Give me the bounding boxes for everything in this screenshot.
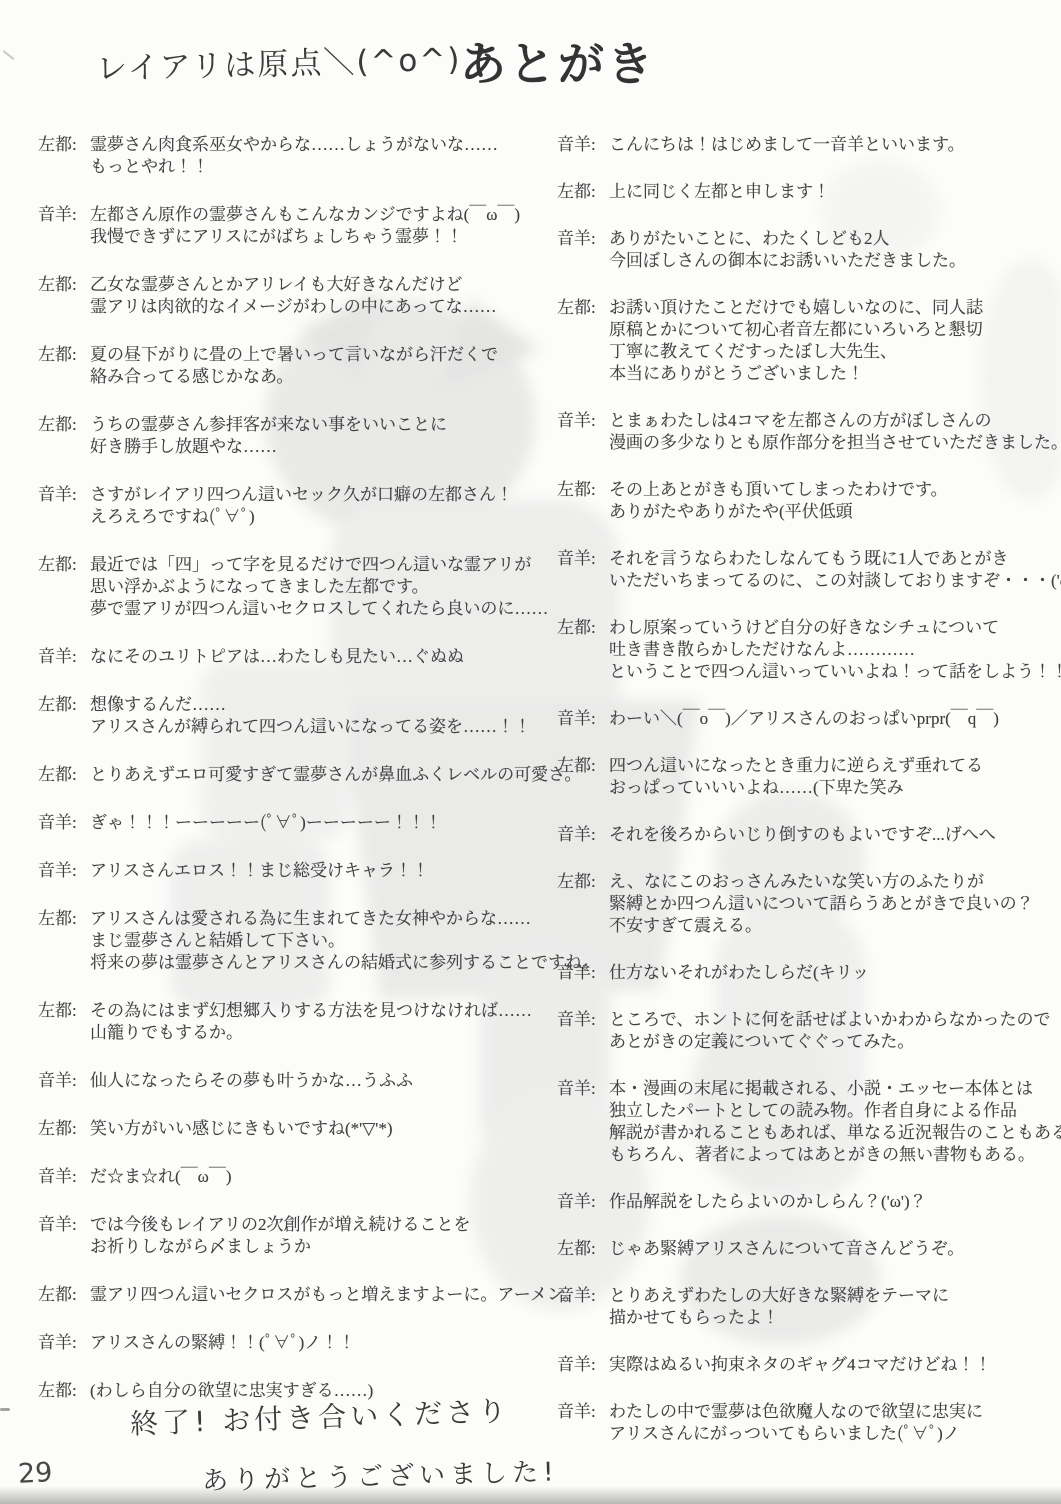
dialogue-entry: 音羊:だ☆ま☆れ(￣ω￣): [38, 1166, 546, 1188]
dialogue-line: 不安すぎて震える。: [609, 915, 1034, 937]
dialogue-lines: 四つん這いになったとき重力に逆らえず垂れてるおっぱっていいいよね……(下卑た笑み: [609, 755, 983, 799]
dialogue-entry: 左都:笑い方がいい感じにきもいですね(*'▽'*): [38, 1118, 546, 1140]
dialogue-entry: 音羊:それを言うならわたしなんてもう既に1人であとがきいただいちまってるのに、こ…: [557, 548, 1061, 592]
dialogue-entry: 左都:うちの霊夢さん参拝客が来ない事をいいことに好き勝手し放題やな……: [38, 414, 546, 458]
dialogue-line: 霊アリ四つん這いセクロスがもっと増えますよーに。アーメン。: [90, 1284, 580, 1306]
dialogue-lines: 夏の昼下がりに畳の上で暑いって言いながら汗だくで絡み合ってる感じかなあ。: [90, 344, 498, 388]
dialogue-lines: わし原案っていうけど自分の好きなシチュについて吐き書き散らかしただけなんよ…………: [609, 617, 1061, 683]
dialogue-line: 実際はぬるい拘束ネタのギャグ4コマだけどね！！: [609, 1354, 992, 1376]
dialogue-line: とまぁわたしは4コマを左都さんの方がぼしさんの: [609, 410, 1061, 432]
dialogue-line: 吐き書き散らかしただけなんよ…………: [609, 639, 1061, 661]
dialogue-line: 最近では「四」って字を見るだけで四つん這いな霊アリが: [90, 554, 548, 576]
dialogue-lines: 実際はぬるい拘束ネタのギャグ4コマだけどね！！: [609, 1354, 992, 1376]
dialogue-line: とりあえずわたしの大好きな緊縛をテーマに: [609, 1285, 949, 1307]
speaker-label: 左都:: [38, 1284, 90, 1306]
dialogue-entry: 音羊:左都さん原作の霊夢さんもこんなカンジですよね(￣ω￣)我慢できずにアリスに…: [38, 204, 546, 248]
dialogue-entry: 左都:乙女な霊夢さんとかアリレイも大好きなんだけど霊アリは肉欲的なイメージがわし…: [38, 274, 546, 318]
dialogue-entry: 左都:その為にはまず幻想郷入りする方法を見つけなければ……山籠りでもするか。: [38, 1000, 546, 1044]
dialogue-line: 山籠りでもするか。: [90, 1022, 532, 1044]
dialogue-line: 霊アリは肉欲的なイメージがわしの中にあってな……: [90, 296, 497, 318]
dialogue-entry: 左都:上に同じく左都と申します！: [557, 181, 1061, 203]
dialogue-entry: 左都:最近では「四」って字を見るだけで四つん這いな霊アリが思い浮かぶようになって…: [38, 554, 546, 620]
left-dialogue-column: 左都:霊夢さん肉食系巫女やからな……しょうがないな……もっとやれ！！音羊:左都さ…: [38, 134, 546, 1428]
dialogue-entry: 音羊:とまぁわたしは4コマを左都さんの方がぼしさんの漫画の多少なりとも原作部分を…: [557, 410, 1061, 454]
dialogue-lines: アリスさんエロス！！まじ総受けキャラ！！: [90, 860, 429, 882]
dialogue-line: 描かせてもらったよ！: [609, 1307, 949, 1329]
dialogue-lines: アリスさんは愛される為に生まれてきた女神やからな……まじ霊夢さんと結婚して下さい…: [90, 908, 599, 974]
dialogue-line: もっとやれ！！: [90, 156, 498, 178]
speaker-label: 左都:: [38, 908, 90, 930]
dialogue-line: 本・漫画の末尾に掲載される、小説・エッセー本体とは: [609, 1078, 1061, 1100]
dialogue-lines: なにそのユリトピアは…わたしも見たい…ぐぬぬ: [90, 646, 464, 668]
scan-artifact-bottom-band: [0, 1486, 1061, 1504]
dialogue-entry: 音羊:本・漫画の末尾に掲載される、小説・エッセー本体とは独立したパートとしての読…: [557, 1078, 1061, 1166]
dialogue-line: 乙女な霊夢さんとかアリレイも大好きなんだけど: [90, 274, 497, 296]
dialogue-entry: 音羊:ありがたいことに、わたくしども2人今回ぼしさんの御本にお誘いいただきました…: [557, 228, 1061, 272]
dialogue-entry: 音羊:わたしの中で霊夢は色欲魔人なので欲望に忠実にアリスさんにがっついてもらいま…: [557, 1401, 1061, 1445]
dialogue-lines: とまぁわたしは4コマを左都さんの方がぼしさんの漫画の多少なりとも原作部分を担当さ…: [609, 410, 1061, 454]
speaker-label: 音羊:: [38, 1332, 90, 1354]
dialogue-line: 作品解説をしたらよいのかしらん？('ω')？: [609, 1191, 927, 1213]
dialogue-lines: それを言うならわたしなんてもう既に1人であとがきいただいちまってるのに、この対談…: [609, 548, 1061, 592]
dialogue-entry: 左都:わし原案っていうけど自分の好きなシチュについて吐き書き散らかしただけなんよ…: [557, 617, 1061, 683]
dialogue-entry: 音羊:さすがレイアリ四つん這いセック久が口癖の左都さん！えろえろですね(ﾟ∀ﾟ): [38, 484, 546, 528]
speaker-label: 音羊:: [557, 1354, 609, 1376]
dialogue-line: なにそのユリトピアは…わたしも見たい…ぐぬぬ: [90, 646, 464, 668]
dialogue-line: 独立したパートとしての読み物。作者自身による作品: [609, 1100, 1061, 1122]
dialogue-line: 夢で霊アリが四つん這いセクロスしてくれたら良いのに……: [90, 598, 548, 620]
dialogue-line: とりあえずエロ可愛すぎて霊夢さんが鼻血ふくレベルの可愛さ。: [90, 764, 581, 786]
dialogue-lines: わたしの中で霊夢は色欲魔人なので欲望に忠実にアリスさんにがっついてもらいました(…: [609, 1401, 983, 1445]
dialogue-entry: 音羊:アリスさんの緊縛！！(ﾟ∀ﾟ)ノ！！: [38, 1332, 546, 1354]
dialogue-line: 将来の夢は霊夢さんとアリスさんの結婚式に参列することですね。: [90, 952, 599, 974]
dialogue-lines: 笑い方がいい感じにきもいですね(*'▽'*): [90, 1118, 393, 1140]
dialogue-entry: 左都:四つん這いになったとき重力に逆らえず垂れてるおっぱっていいいよね……(下卑…: [557, 755, 1061, 799]
dialogue-line: ありがたやありがたや(平伏低頭: [609, 501, 948, 523]
dialogue-lines: 霊アリ四つん這いセクロスがもっと増えますよーに。アーメン。: [90, 1284, 580, 1306]
dialogue-line: うちの霊夢さん参拝客が来ない事をいいことに: [90, 414, 447, 436]
dialogue-entry: 音羊:作品解説をしたらよいのかしらん？('ω')？: [557, 1191, 1061, 1213]
speaker-label: 左都:: [557, 1238, 609, 1260]
dialogue-line: 思い浮かぶようになってきました左都です。: [90, 576, 548, 598]
speaker-label: 音羊:: [557, 1078, 609, 1100]
speaker-label: 音羊:: [557, 1285, 609, 1307]
speaker-label: 音羊:: [38, 204, 90, 226]
right-dialogue-column: 音羊:こんにちは！はじめまして一音羊といいます。左都:上に同じく左都と申します！…: [557, 134, 1061, 1470]
dialogue-line: その上あとがきも頂いてしまったわけです。: [609, 479, 948, 501]
speaker-label: 音羊:: [38, 1166, 90, 1188]
dialogue-line: 左都さん原作の霊夢さんもこんなカンジですよね(￣ω￣): [90, 204, 520, 226]
dialogue-lines: 乙女な霊夢さんとかアリレイも大好きなんだけど霊アリは肉欲的なイメージがわしの中に…: [90, 274, 497, 318]
dialogue-lines: その為にはまず幻想郷入りする方法を見つけなければ……山籠りでもするか。: [90, 1000, 532, 1044]
dialogue-lines: それを後ろからいじり倒すのもよいですぞ...げへへ: [609, 824, 996, 846]
dialogue-line: 笑い方がいい感じにきもいですね(*'▽'*): [90, 1118, 393, 1140]
speaker-label: 音羊:: [38, 484, 90, 506]
dialogue-lines: ところで、ホントに何を話せばよいかわからなかったのであとがきの定義についてぐぐっ…: [609, 1009, 1051, 1053]
dialogue-line: 想像するんだ……: [90, 694, 531, 716]
dialogue-line: その為にはまず幻想郷入りする方法を見つけなければ……: [90, 1000, 532, 1022]
dialogue-lines: え、なにこのおっさんみたいな笑い方のふたりが緊縛とか四つん這いについて語らうあと…: [609, 871, 1034, 937]
dialogue-lines: 上に同じく左都と申します！: [609, 181, 830, 203]
speaker-label: 左都:: [38, 764, 90, 786]
dialogue-entry: 音羊:仕方ないそれがわたしらだ(キリッ: [557, 962, 1061, 984]
scan-artifact-left-mark: [0, 1408, 10, 1411]
speaker-label: 左都:: [38, 134, 90, 156]
speaker-label: 音羊:: [557, 410, 609, 432]
dialogue-lines: アリスさんの緊縛！！(ﾟ∀ﾟ)ノ！！: [90, 1332, 355, 1354]
dialogue-entry: 音羊:ところで、ホントに何を話せばよいかわからなかったのであとがきの定義について…: [557, 1009, 1061, 1053]
speaker-label: 音羊:: [38, 646, 90, 668]
dialogue-line: さすがレイアリ四つん這いセック久が口癖の左都さん！: [90, 484, 513, 506]
dialogue-line: 上に同じく左都と申します！: [609, 181, 830, 203]
dialogue-line: いただいちまってるのに、この対談しておりますぞ・・・('ω'): [609, 570, 1061, 592]
speaker-label: 左都:: [38, 274, 90, 296]
dialogue-entry: 音羊:それを後ろからいじり倒すのもよいですぞ...げへへ: [557, 824, 1061, 846]
dialogue-lines: とりあえずわたしの大好きな緊縛をテーマに描かせてもらったよ！: [609, 1285, 949, 1329]
dialogue-line: ところで、ホントに何を話せばよいかわからなかったので: [609, 1009, 1051, 1031]
page-title: あとがき: [460, 28, 656, 94]
dialogue-entry: 音羊:こんにちは！はじめまして一音羊といいます。: [557, 134, 1061, 156]
dialogue-lines: 仙人になったらその夢も叶うかな…うふふ: [90, 1070, 413, 1092]
dialogue-line: ありがたいことに、わたくしども2人: [609, 228, 966, 250]
dialogue-line: アリスさんの緊縛！！(ﾟ∀ﾟ)ノ！！: [90, 1332, 355, 1354]
dialogue-line: え、なにこのおっさんみたいな笑い方のふたりが: [609, 871, 1034, 893]
speaker-label: 音羊:: [38, 1070, 90, 1092]
speaker-label: 音羊:: [557, 708, 609, 730]
speaker-label: 音羊:: [38, 860, 90, 882]
dialogue-entry: 左都:え、なにこのおっさんみたいな笑い方のふたりが緊縛とか四つん這いについて語ら…: [557, 871, 1061, 937]
dialogue-lines: 仕方ないそれがわたしらだ(キリッ: [609, 962, 869, 984]
speaker-label: 音羊:: [557, 134, 609, 156]
dialogue-lines: 最近では「四」って字を見るだけで四つん這いな霊アリが思い浮かぶようになってきまし…: [90, 554, 548, 620]
speaker-label: 音羊:: [38, 1214, 90, 1236]
speaker-label: 音羊:: [557, 1191, 609, 1213]
dialogue-lines: こんにちは！はじめまして一音羊といいます。: [609, 134, 965, 156]
dialogue-line: わーい＼(￣o￣)／アリスさんのおっぱいprpr(￣q￣): [609, 708, 999, 730]
dialogue-lines: さすがレイアリ四つん這いセック久が口癖の左都さん！えろえろですね(ﾟ∀ﾟ): [90, 484, 513, 528]
dialogue-entry: 左都:その上あとがきも頂いてしまったわけです。ありがたやありがたや(平伏低頭: [557, 479, 1061, 523]
dialogue-entry: 音羊:わーい＼(￣o￣)／アリスさんのおっぱいprpr(￣q￣): [557, 708, 1061, 730]
dialogue-entry: 左都:霊アリ四つん這いセクロスがもっと増えますよーに。アーメン。: [38, 1284, 546, 1306]
dialogue-line: お誘い頂けたことだけでも嬉しいなのに、同人誌: [609, 297, 983, 319]
dialogue-line: まじ霊夢さんと結婚して下さい。: [90, 930, 599, 952]
speaker-label: 左都:: [557, 755, 609, 777]
dialogue-lines: 左都さん原作の霊夢さんもこんなカンジですよね(￣ω￣)我慢できずにアリスにがばち…: [90, 204, 520, 248]
afterword-page: レイアリは原点＼(^o^)ノ あとがき 左都:霊夢さん肉食系巫女やからな……しょ…: [0, 0, 1061, 1504]
dialogue-line: アリスさんにがっついてもらいました(ﾟ∀ﾟ)ノ: [609, 1423, 983, 1445]
speaker-label: 左都:: [38, 554, 90, 576]
dialogue-line: 緊縛とか四つん這いについて語らうあとがきで良いの？: [609, 893, 1034, 915]
dialogue-lines: 想像するんだ……アリスさんが縛られて四つん這いになってる姿を……！！: [90, 694, 531, 738]
speaker-label: 左都:: [557, 617, 609, 639]
speaker-label: 音羊:: [557, 548, 609, 570]
dialogue-entry: 音羊:なにそのユリトピアは…わたしも見たい…ぐぬぬ: [38, 646, 546, 668]
speaker-label: 左都:: [38, 1000, 90, 1022]
dialogue-line: それを後ろからいじり倒すのもよいですぞ...げへへ: [609, 824, 996, 846]
dialogue-line: 霊夢さん肉食系巫女やからな……しょうがないな……: [90, 134, 498, 156]
dialogue-lines: 霊夢さん肉食系巫女やからな……しょうがないな……もっとやれ！！: [90, 134, 498, 178]
dialogue-entry: 左都:アリスさんは愛される為に生まれてきた女神やからな……まじ霊夢さんと結婚して…: [38, 908, 546, 974]
dialogue-line: あとがきの定義についてぐぐってみた。: [609, 1031, 1051, 1053]
speaker-label: 左都:: [38, 344, 90, 366]
dialogue-lines: 作品解説をしたらよいのかしらん？('ω')？: [609, 1191, 927, 1213]
speaker-label: 左都:: [557, 297, 609, 319]
dialogue-line: 漫画の多少なりとも原作部分を担当させていただきました。: [609, 432, 1061, 454]
dialogue-line: アリスさんが縛られて四つん這いになってる姿を……！！: [90, 716, 531, 738]
dialogue-lines: とりあえずエロ可愛すぎて霊夢さんが鼻血ふくレベルの可愛さ。: [90, 764, 581, 786]
speaker-label: 左都:: [557, 871, 609, 893]
speaker-label: 左都:: [557, 181, 609, 203]
dialogue-line: おっぱっていいいよね……(下卑た笑み: [609, 777, 983, 799]
dialogue-line: 夏の昼下がりに畳の上で暑いって言いながら汗だくで: [90, 344, 498, 366]
dialogue-line: ぎゃ！！！ーーーーー(ﾟ∀ﾟ)ーーーーー！！！: [90, 812, 442, 834]
speaker-label: 音羊:: [557, 962, 609, 984]
dialogue-lines: ぎゃ！！！ーーーーー(ﾟ∀ﾟ)ーーーーー！！！: [90, 812, 442, 834]
dialogue-line: ということで四つん這いっていいよね！って話をしよう！！: [609, 661, 1061, 683]
speaker-label: 左都:: [38, 414, 90, 436]
dialogue-entry: 音羊:とりあえずわたしの大好きな緊縛をテーマに描かせてもらったよ！: [557, 1285, 1061, 1329]
dialogue-line: 四つん這いになったとき重力に逆らえず垂れてる: [609, 755, 983, 777]
dialogue-line: それを言うならわたしなんてもう既に1人であとがき: [609, 548, 1061, 570]
dialogue-lines: では今後もレイアリの2次創作が増え続けることをお祈りしながら〆ましょうか: [90, 1214, 470, 1258]
dialogue-entry: 左都:とりあえずエロ可愛すぎて霊夢さんが鼻血ふくレベルの可愛さ。: [38, 764, 546, 786]
dialogue-lines: その上あとがきも頂いてしまったわけです。ありがたやありがたや(平伏低頭: [609, 479, 948, 523]
dialogue-lines: じゃあ緊縛アリスさんについて音さんどうぞ。: [609, 1238, 964, 1260]
dialogue-line: 我慢できずにアリスにがばちょしちゃう霊夢！！: [90, 226, 520, 248]
speaker-label: 音羊:: [38, 812, 90, 834]
speaker-label: 左都:: [38, 1118, 90, 1140]
dialogue-line: わし原案っていうけど自分の好きなシチュについて: [609, 617, 1061, 639]
speaker-label: 左都:: [557, 479, 609, 501]
dialogue-lines: だ☆ま☆れ(￣ω￣): [90, 1166, 232, 1188]
dialogue-entry: 左都:想像するんだ……アリスさんが縛られて四つん這いになってる姿を……！！: [38, 694, 546, 738]
dialogue-entry: 音羊:では今後もレイアリの2次創作が増え続けることをお祈りしながら〆ましょうか: [38, 1214, 546, 1258]
dialogue-line: 丁寧に教えてくだすったぼし大先生、: [609, 341, 983, 363]
dialogue-entry: 音羊:ぎゃ！！！ーーーーー(ﾟ∀ﾟ)ーーーーー！！！: [38, 812, 546, 834]
dialogue-entry: 音羊:アリスさんエロス！！まじ総受けキャラ！！: [38, 860, 546, 882]
dialogue-lines: お誘い頂けたことだけでも嬉しいなのに、同人誌原稿とかについて初心者音左都にいろい…: [609, 297, 983, 385]
dialogue-line: 好き勝手し放題やな……: [90, 436, 447, 458]
dialogue-line: 絡み合ってる感じかなあ。: [90, 366, 498, 388]
speaker-label: 音羊:: [557, 1401, 609, 1423]
dialogue-line: 本当にありがとうございました！: [609, 363, 983, 385]
dialogue-line: 今回ぼしさんの御本にお誘いいただきました。: [609, 250, 966, 272]
dialogue-entry: 音羊:実際はぬるい拘束ネタのギャグ4コマだけどね！！: [557, 1354, 1061, 1376]
speaker-label: 左都:: [38, 694, 90, 716]
speaker-label: 左都:: [38, 1380, 90, 1402]
dialogue-line: 原稿とかについて初心者音左都にいろいろと懇切: [609, 319, 983, 341]
dialogue-line: えろえろですね(ﾟ∀ﾟ): [90, 506, 513, 528]
dialogue-line: アリスさんエロス！！まじ総受けキャラ！！: [90, 860, 429, 882]
dialogue-line: 仙人になったらその夢も叶うかな…うふふ: [90, 1070, 413, 1092]
speaker-label: 音羊:: [557, 824, 609, 846]
dialogue-line: わたしの中で霊夢は色欲魔人なので欲望に忠実に: [609, 1401, 983, 1423]
dialogue-entry: 左都:じゃあ緊縛アリスさんについて音さんどうぞ。: [557, 1238, 1061, 1260]
dialogue-lines: うちの霊夢さん参拝客が来ない事をいいことに好き勝手し放題やな……: [90, 414, 447, 458]
dialogue-line: 仕方ないそれがわたしらだ(キリッ: [609, 962, 869, 984]
dialogue-entry: 左都:お誘い頂けたことだけでも嬉しいなのに、同人誌原稿とかについて初心者音左都に…: [557, 297, 1061, 385]
dialogue-line: お祈りしながら〆ましょうか: [90, 1236, 470, 1258]
dialogue-line: では今後もレイアリの2次創作が増え続けることを: [90, 1214, 470, 1236]
dialogue-entry: 左都:霊夢さん肉食系巫女やからな……しょうがないな……もっとやれ！！: [38, 134, 546, 178]
dialogue-lines: 本・漫画の末尾に掲載される、小説・エッセー本体とは独立したパートとしての読み物。…: [609, 1078, 1061, 1166]
speaker-label: 音羊:: [557, 1009, 609, 1031]
dialogue-line: だ☆ま☆れ(￣ω￣): [90, 1166, 232, 1188]
dialogue-line: アリスさんは愛される為に生まれてきた女神やからな……: [90, 908, 599, 930]
dialogue-entry: 左都:夏の昼下がりに畳の上で暑いって言いながら汗だくで絡み合ってる感じかなあ。: [38, 344, 546, 388]
dialogue-line: もちろん、著者によってはあとがきの無い書物もある。: [609, 1144, 1061, 1166]
speaker-label: 音羊:: [557, 228, 609, 250]
page-number: 29: [17, 1457, 53, 1490]
dialogue-line: こんにちは！はじめまして一音羊といいます。: [609, 134, 965, 156]
dialogue-line: じゃあ緊縛アリスさんについて音さんどうぞ。: [609, 1238, 964, 1260]
dialogue-lines: わーい＼(￣o￣)／アリスさんのおっぱいprpr(￣q￣): [609, 708, 999, 730]
dialogue-line: 解説が書かれることもあれば、単なる近況報告のこともある。: [609, 1122, 1061, 1144]
dialogue-lines: ありがたいことに、わたくしども2人今回ぼしさんの御本にお誘いいただきました。: [609, 228, 966, 272]
dialogue-entry: 音羊:仙人になったらその夢も叶うかな…うふふ: [38, 1070, 546, 1092]
